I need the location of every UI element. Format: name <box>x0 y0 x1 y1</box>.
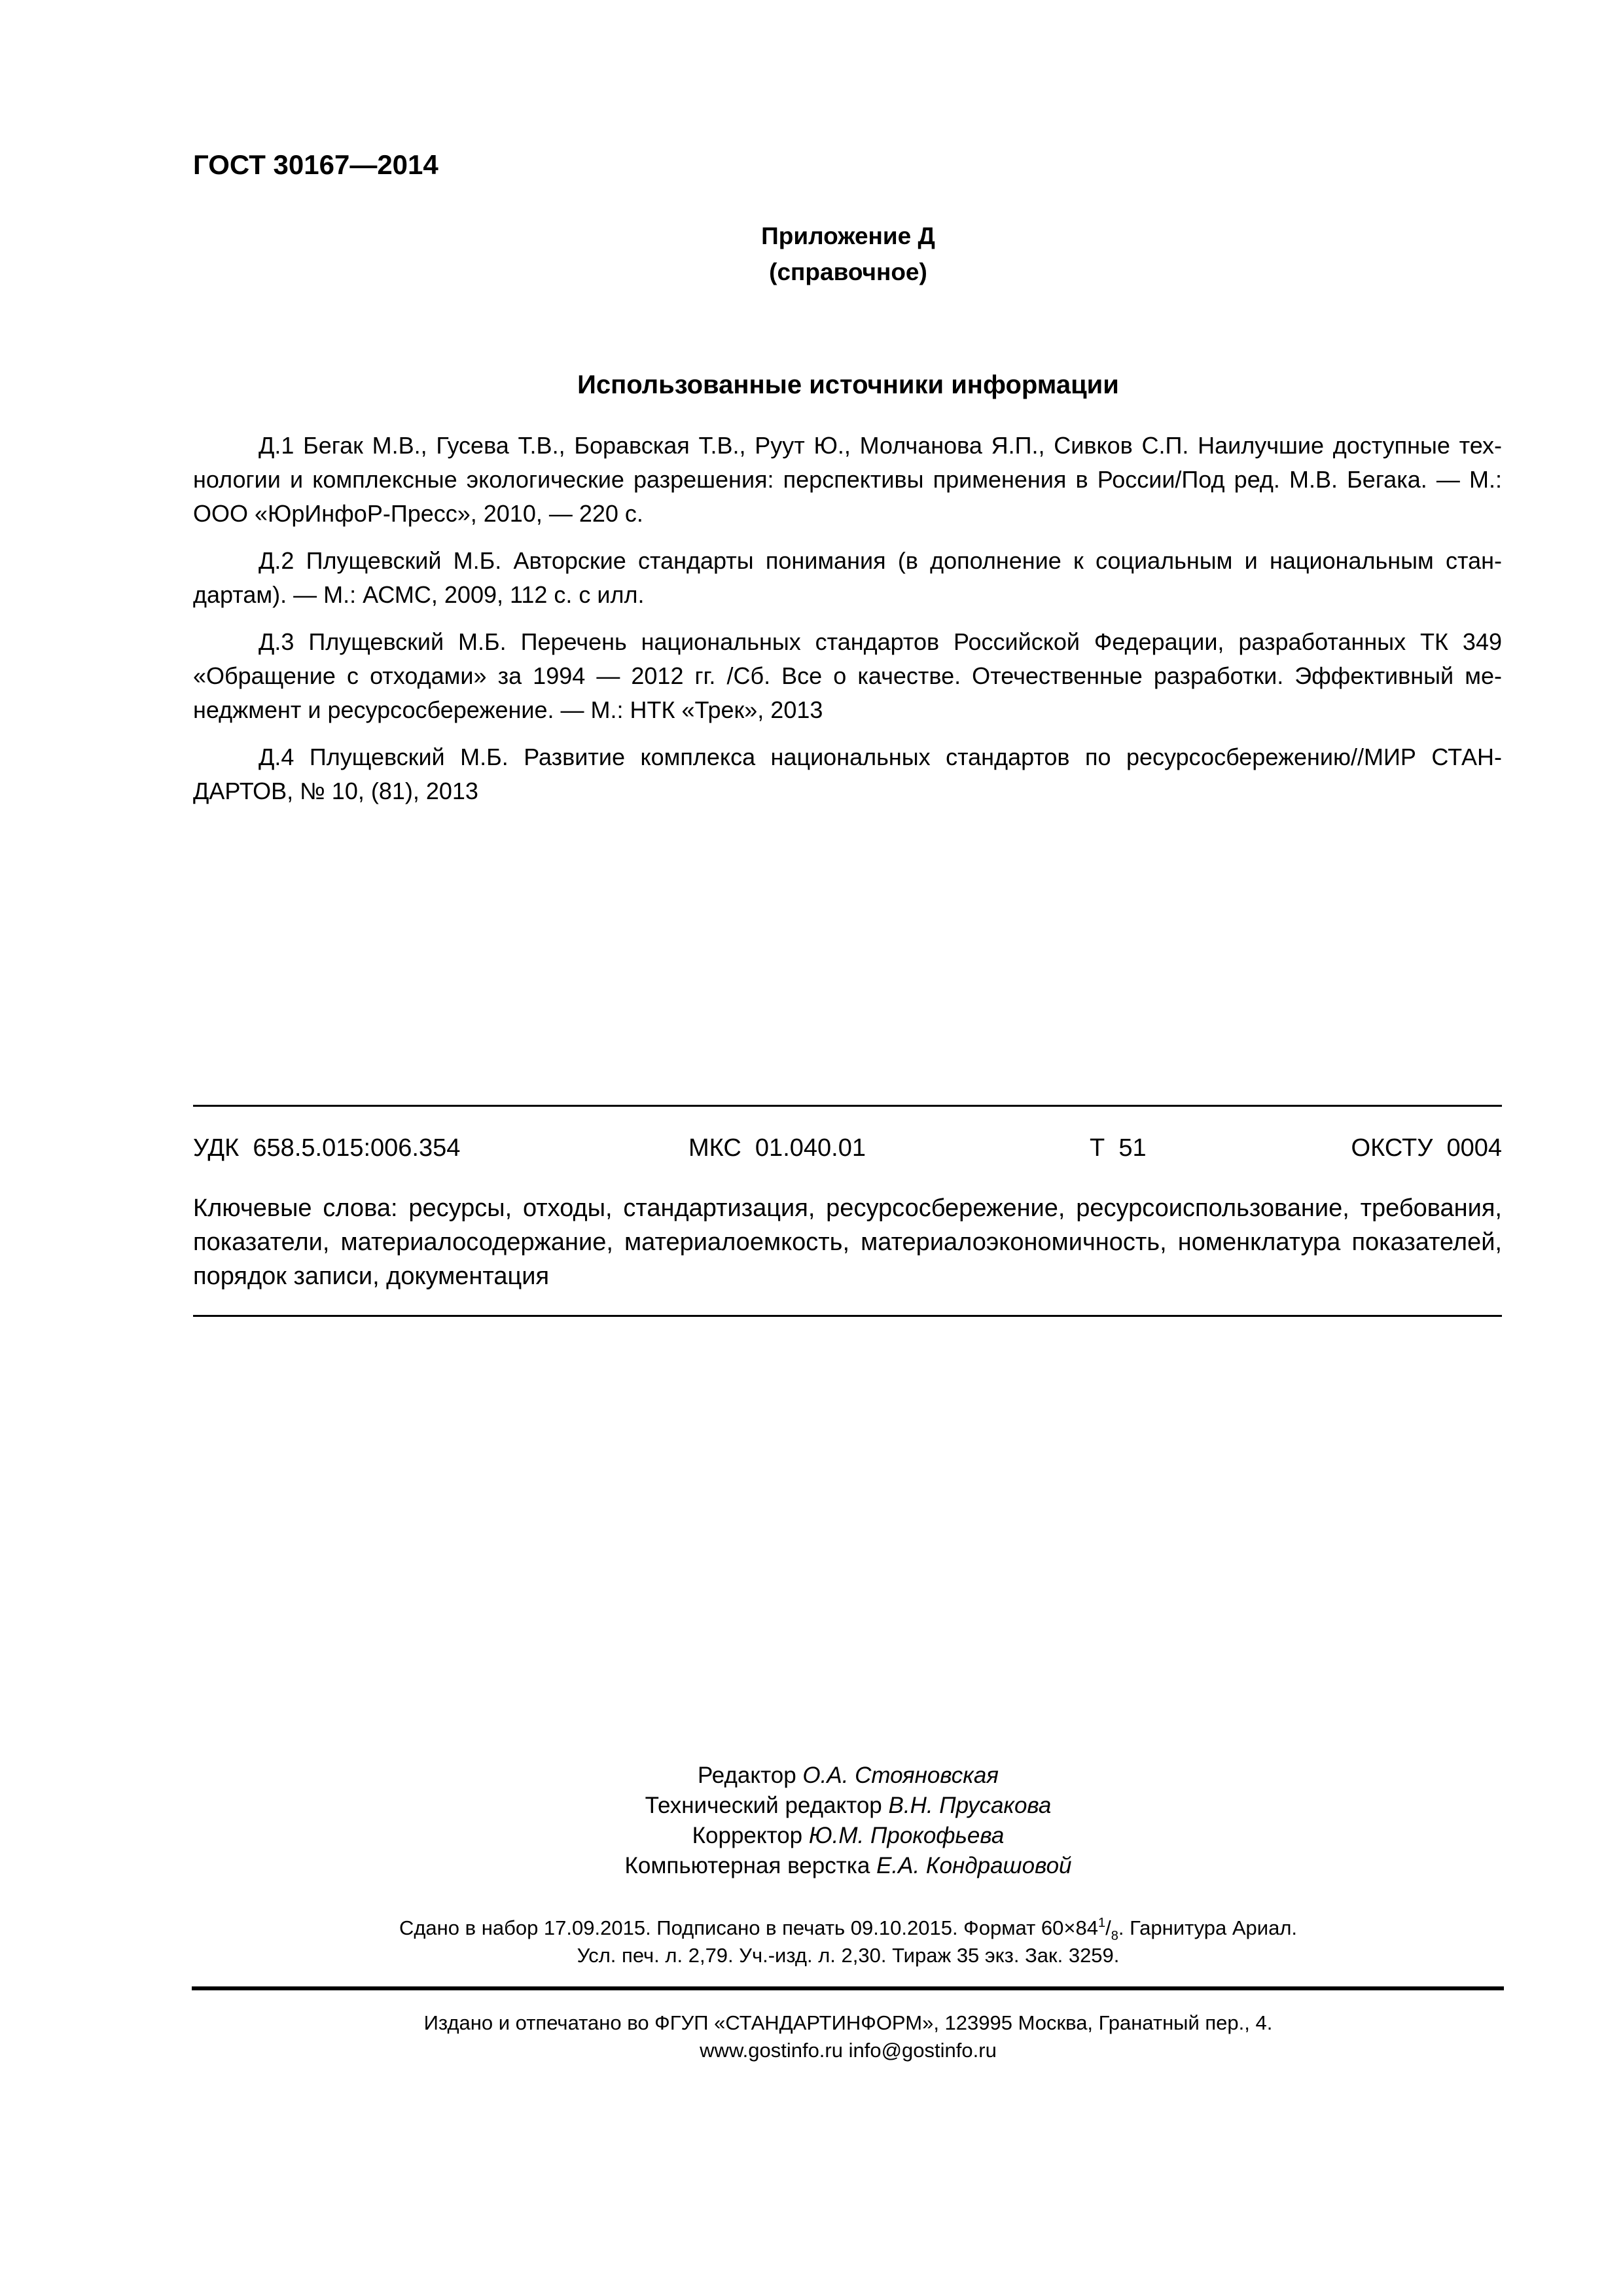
credit-name: Е.А. Кондрашовой <box>876 1853 1071 1878</box>
credit-role: Корректор <box>692 1823 803 1848</box>
format-fraction: 1/8 <box>1098 1916 1118 1939</box>
reference-item: Д.3 Плущевский М.Б. Перечень национальны… <box>193 625 1502 727</box>
divider-thick <box>192 1986 1504 1990</box>
print-info: Сдано в набор 17.09.2015. Подписано в пе… <box>0 1914 1623 1969</box>
keywords: Ключевые слова: ресурсы, отходы, стандар… <box>193 1191 1502 1293</box>
credit-role: Технический редактор <box>645 1793 882 1818</box>
credit-name: В.Н. Прусакова <box>889 1793 1052 1818</box>
print-typeface: . Гарнитура Ариал. <box>1118 1916 1297 1939</box>
references-list: Д.1 Бегак М.В., Гусева Т.В., Боравская Т… <box>193 429 1502 821</box>
credit-proofreader: Корректор Ю.М. Прокофьева <box>0 1821 1623 1851</box>
reference-item: Д.1 Бегак М.В., Гусева Т.В., Боравская Т… <box>193 429 1502 531</box>
fraction-numerator: 1 <box>1098 1916 1105 1930</box>
credit-role: Редактор <box>698 1763 796 1788</box>
print-info-line2: Усл. печ. л. 2,79. Уч.-изд. л. 2,30. Тир… <box>0 1942 1623 1969</box>
fraction-denominator: 8 <box>1111 1929 1118 1943</box>
credit-layout: Компьютерная верстка Е.А. Кондрашовой <box>0 1851 1623 1881</box>
section-heading: Использованные источники информации <box>0 370 1623 400</box>
classification-row: УДК 658.5.015:006.354 МКС 01.040.01 Т 51… <box>193 1131 1502 1165</box>
reference-item: Д.2 Плущевский М.Б. Авторские стандарты … <box>193 544 1502 612</box>
credit-name: О.А. Стояновская <box>802 1763 999 1788</box>
appendix-type: (справочное) <box>0 259 1623 286</box>
publisher-info: Издано и отпечатано во ФГУП «СТАНДАРТИНФ… <box>0 2009 1623 2064</box>
credit-tech-editor: Технический редактор В.Н. Прусакова <box>0 1791 1623 1821</box>
divider-top <box>193 1105 1502 1107</box>
divider-bottom <box>193 1315 1502 1317</box>
document-code: ГОСТ 30167—2014 <box>193 149 438 181</box>
print-dates-format: Сдано в набор 17.09.2015. Подписано в пе… <box>399 1916 1098 1939</box>
mks-code: МКС 01.040.01 <box>688 1131 866 1165</box>
print-info-line1: Сдано в набор 17.09.2015. Подписано в пе… <box>0 1914 1623 1942</box>
t-code: Т 51 <box>1090 1131 1147 1165</box>
reference-item: Д.4 Плущевский М.Б. Развитие комплекса н… <box>193 740 1502 808</box>
credit-editor: Редактор О.А. Стояновская <box>0 1761 1623 1791</box>
publisher-contacts: www.gostinfo.ru info@gostinfo.ru <box>0 2037 1623 2064</box>
credits-block: Редактор О.А. Стояновская Технический ре… <box>0 1761 1623 1881</box>
credit-name: Ю.М. Прокофьева <box>809 1823 1004 1848</box>
credit-role: Компьютерная верстка <box>624 1853 870 1878</box>
okstu-code: ОКСТУ 0004 <box>1351 1131 1502 1165</box>
appendix-title: Приложение Д <box>0 223 1623 250</box>
udk-code: УДК 658.5.015:006.354 <box>193 1131 460 1165</box>
publisher-address: Издано и отпечатано во ФГУП «СТАНДАРТИНФ… <box>0 2009 1623 2037</box>
